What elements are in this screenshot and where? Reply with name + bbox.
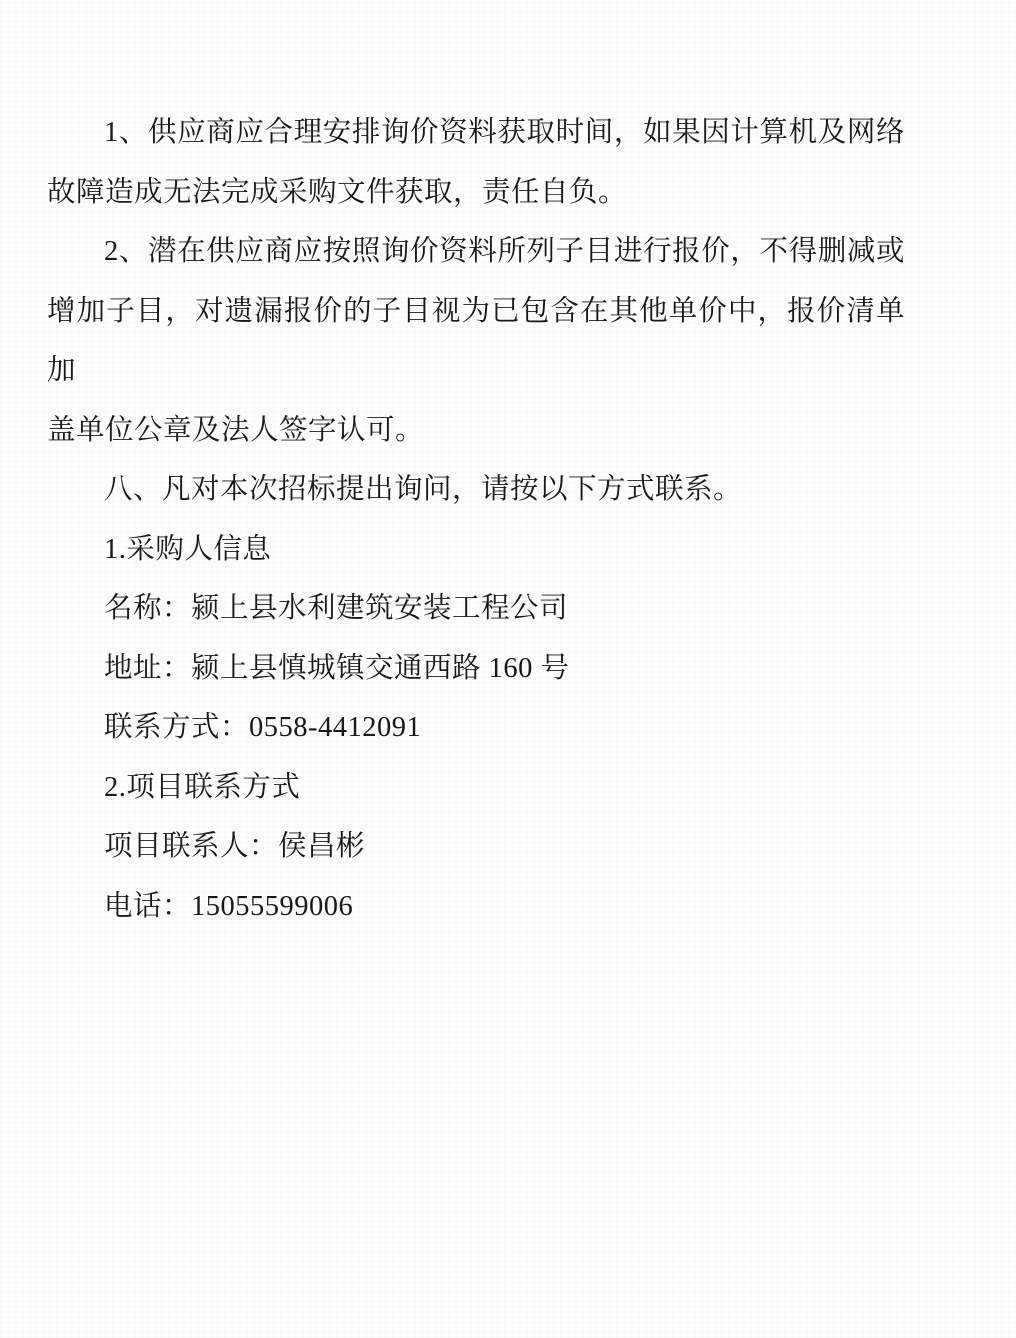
text-line: 名称：颍上县水利建筑安装工程公司 — [47, 579, 905, 639]
text-line: 地址：颍上县慎城镇交通西路 160 号 — [47, 639, 905, 699]
text-line: 项目联系人：侯昌彬 — [47, 817, 905, 877]
document-page: 1、供应商应合理安排询价资料获取时间，如果因计算机及网络故障造成无法完成采购文件… — [0, 0, 1016, 1338]
document-body: 1、供应商应合理安排询价资料获取时间，如果因计算机及网络故障造成无法完成采购文件… — [47, 103, 905, 936]
text-line: 1、供应商应合理安排询价资料获取时间，如果因计算机及网络 — [47, 103, 905, 163]
text-line: 2、潜在供应商应按照询价资料所列子目进行报价，不得删减或 — [47, 222, 905, 282]
text-line: 增加子目，对遗漏报价的子目视为已包含在其他单价中，报价清单加 — [47, 282, 905, 401]
text-line: 1.采购人信息 — [47, 520, 905, 580]
text-line: 盖单位公章及法人签字认可。 — [47, 401, 905, 461]
text-line: 2.项目联系方式 — [47, 758, 905, 818]
text-line: 八、凡对本次招标提出询问，请按以下方式联系。 — [47, 460, 905, 520]
text-line: 联系方式：0558-4412091 — [47, 698, 905, 758]
text-line: 故障造成无法完成采购文件获取，责任自负。 — [47, 163, 905, 223]
text-line: 电话：15055599006 — [47, 877, 905, 937]
